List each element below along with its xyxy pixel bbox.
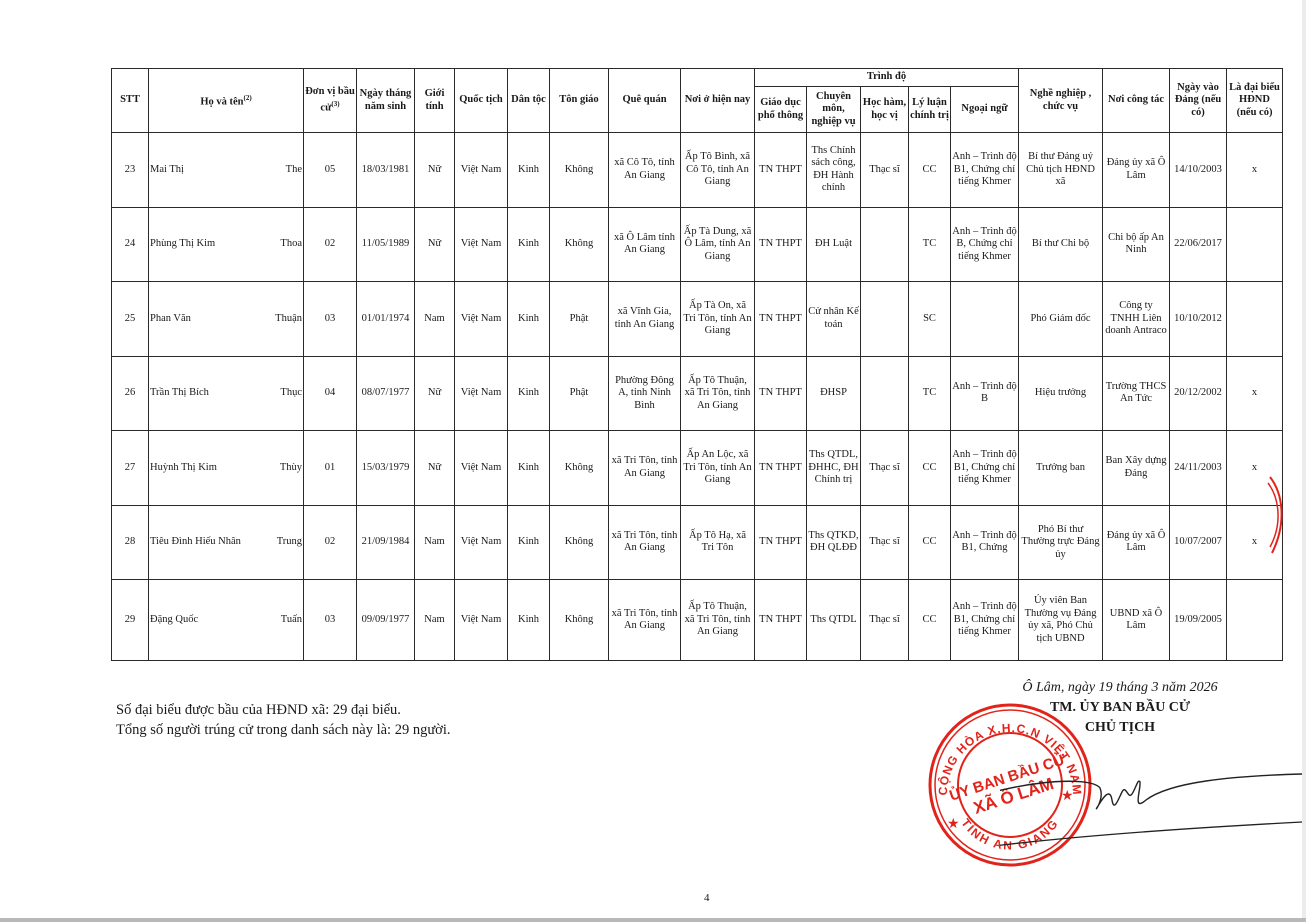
name-first: Trần Thị Bích (150, 387, 209, 400)
cell-political: CC (909, 505, 951, 580)
cell-stt: 26 (112, 356, 149, 431)
cell-stt: 29 (112, 580, 149, 661)
header-dob: Ngày tháng năm sinh (357, 69, 415, 133)
cell-is-delegate (1227, 580, 1283, 661)
cell-is-delegate (1227, 207, 1283, 282)
cell-name: Huỳnh Thị KimThùy (149, 431, 304, 506)
header-residence: Nơi ở hiện nay (681, 69, 755, 133)
cell-unit: 02 (304, 207, 357, 282)
cell-name: Phùng Thị KimThoa (149, 207, 304, 282)
cell-workplace: Công ty TNHH Liên doanh Antraco (1103, 282, 1170, 357)
cell-language (951, 282, 1019, 357)
cell-unit: 01 (304, 431, 357, 506)
cell-language: Anh – Trình độ B1, Chứng chỉ tiếng Khmer (951, 133, 1019, 208)
cell-degree: Thạc sĩ (861, 133, 909, 208)
cell-workplace: Đảng ủy xã Ô Lâm (1103, 133, 1170, 208)
table-row: 23 Mai ThịThe 05 18/03/1981 Nữ Việt Nam … (112, 133, 1283, 208)
cell-stt: 23 (112, 133, 149, 208)
cell-religion: Không (550, 207, 609, 282)
cell-general-edu: TN THPT (755, 431, 807, 506)
cell-name: Đặng QuốcTuấn (149, 580, 304, 661)
cell-general-edu: TN THPT (755, 207, 807, 282)
cell-religion: Không (550, 505, 609, 580)
name-last: The (286, 164, 302, 177)
cell-religion: Phật (550, 282, 609, 357)
cell-occupation: Bí thư Chi bộ (1019, 207, 1103, 282)
cell-hometown: xã Cô Tô, tỉnh An Giang (609, 133, 681, 208)
cell-workplace: UBND xã Ô Lâm (1103, 580, 1170, 661)
cell-residence: Ấp An Lộc, xã Tri Tôn, tỉnh An Giang (681, 431, 755, 506)
cell-nationality: Việt Nam (455, 505, 508, 580)
header-language: Ngoại ngữ (951, 87, 1019, 133)
cell-specialty: Ths QTDL (807, 580, 861, 661)
table-row: 28 Tiêu Đình Hiếu NhânTrung 02 21/09/198… (112, 505, 1283, 580)
cell-unit: 03 (304, 282, 357, 357)
cell-degree (861, 282, 909, 357)
cell-party-date: 10/10/2012 (1170, 282, 1227, 357)
cell-party-date: 10/07/2007 (1170, 505, 1227, 580)
page-edge-shadow (1302, 0, 1306, 922)
handwritten-signature-icon (1000, 760, 1302, 860)
cell-workplace: Ban Xây dựng Đảng (1103, 431, 1170, 506)
cell-nationality: Việt Nam (455, 431, 508, 506)
cell-residence: Ấp Tô Thuận, xã Tri Tôn, tỉnh An Giang (681, 356, 755, 431)
cell-degree (861, 207, 909, 282)
header-stt: STT (112, 69, 149, 133)
cell-dob: 01/01/1974 (357, 282, 415, 357)
cell-residence: Ấp Tô Thuận, xã Tri Tôn, tỉnh An Giang (681, 580, 755, 661)
cell-occupation: Ủy viên Ban Thường vụ Đảng ủy xã, Phó Ch… (1019, 580, 1103, 661)
cell-hometown: xã Tri Tôn, tỉnh An Giang (609, 431, 681, 506)
table-row: 25 Phan VănThuận 03 01/01/1974 Nam Việt … (112, 282, 1283, 357)
name-last: Tuấn (281, 614, 302, 627)
cell-specialty: Cử nhân Kế toán (807, 282, 861, 357)
header-is-delegate: Là đại biểu HĐND (nếu có) (1227, 69, 1283, 133)
cell-ethnicity: Kinh (508, 282, 550, 357)
header-ethnicity: Dân tộc (508, 69, 550, 133)
cell-gender: Nữ (415, 431, 455, 506)
cell-religion: Không (550, 133, 609, 208)
cell-language: Anh – Trình độ B, Chứng chỉ tiếng Khmer (951, 207, 1019, 282)
cell-general-edu: TN THPT (755, 356, 807, 431)
cell-political: TC (909, 207, 951, 282)
cell-is-delegate: x (1227, 356, 1283, 431)
cell-dob: 21/09/1984 (357, 505, 415, 580)
header-political: Lý luận chính trị (909, 87, 951, 133)
name-first: Đặng Quốc (150, 614, 198, 627)
cell-specialty: Ths QTKD, ĐH QLĐĐ (807, 505, 861, 580)
cell-nationality: Việt Nam (455, 207, 508, 282)
cell-gender: Nam (415, 282, 455, 357)
cell-stt: 28 (112, 505, 149, 580)
cell-political: CC (909, 580, 951, 661)
header-party-date: Ngày vào Đảng (nếu có) (1170, 69, 1227, 133)
cell-unit: 05 (304, 133, 357, 208)
cell-nationality: Việt Nam (455, 580, 508, 661)
cell-name: Mai ThịThe (149, 133, 304, 208)
cell-degree: Thạc sĩ (861, 431, 909, 506)
header-religion: Tôn giáo (550, 69, 609, 133)
cell-hometown: xã Tri Tôn, tỉnh An Giang (609, 580, 681, 661)
header-gender: Giới tính (415, 69, 455, 133)
cell-language: Anh – Trình độ B1, Chứng (951, 505, 1019, 580)
cell-political: SC (909, 282, 951, 357)
cell-name: Tiêu Đình Hiếu NhânTrung (149, 505, 304, 580)
cell-specialty: Ths QTDL, ĐHHC, ĐH Chính trị (807, 431, 861, 506)
header-workplace: Nơi công tác (1103, 69, 1170, 133)
cell-language: Anh – Trình độ B1, Chứng chỉ tiếng Khmer (951, 431, 1019, 506)
cell-gender: Nam (415, 580, 455, 661)
cell-occupation: Hiệu trưởng (1019, 356, 1103, 431)
summary-block: Số đại biểu được bầu của HĐND xã: 29 đại… (116, 700, 451, 740)
cell-unit: 04 (304, 356, 357, 431)
cell-residence: Ấp Tô Hạ, xã Tri Tôn (681, 505, 755, 580)
header-education-group: Trình độ (755, 69, 1019, 87)
cell-language: Anh – Trình độ B1, Chứng chỉ tiếng Khmer (951, 580, 1019, 661)
cell-religion: Phật (550, 356, 609, 431)
cell-occupation: Bí thư Đảng uỷ Chủ tịch HĐND xã (1019, 133, 1103, 208)
cell-workplace: Trường THCS An Tức (1103, 356, 1170, 431)
cell-gender: Nữ (415, 207, 455, 282)
cell-ethnicity: Kinh (508, 505, 550, 580)
header-occupation: Nghề nghiệp , chức vụ (1019, 69, 1103, 133)
cell-general-edu: TN THPT (755, 133, 807, 208)
cell-dob: 15/03/1979 (357, 431, 415, 506)
cell-party-date: 19/09/2005 (1170, 580, 1227, 661)
cell-workplace: Đảng ủy xã Ô Lâm (1103, 505, 1170, 580)
cell-dob: 09/09/1977 (357, 580, 415, 661)
cell-occupation: Trưởng ban (1019, 431, 1103, 506)
cell-gender: Nữ (415, 133, 455, 208)
cell-specialty: ĐHSP (807, 356, 861, 431)
table-row: 29 Đặng QuốcTuấn 03 09/09/1977 Nam Việt … (112, 580, 1283, 661)
cell-hometown: xã Tri Tôn, tỉnh An Giang (609, 505, 681, 580)
cell-name: Phan VănThuận (149, 282, 304, 357)
header-hometown: Quê quán (609, 69, 681, 133)
red-pen-mark-icon (1266, 475, 1288, 555)
cell-general-edu: TN THPT (755, 505, 807, 580)
cell-dob: 18/03/1981 (357, 133, 415, 208)
name-last: Thuận (275, 313, 302, 326)
cell-ethnicity: Kinh (508, 356, 550, 431)
cell-general-edu: TN THPT (755, 282, 807, 357)
name-first: Mai Thị (150, 164, 184, 177)
name-last: Trung (277, 536, 302, 549)
cell-party-date: 14/10/2003 (1170, 133, 1227, 208)
name-last: Thục (280, 387, 302, 400)
cell-degree: Thạc sĩ (861, 580, 909, 661)
cell-nationality: Việt Nam (455, 356, 508, 431)
page-bottom-edge (0, 918, 1306, 922)
cell-party-date: 20/12/2002 (1170, 356, 1227, 431)
table-row: 27 Huỳnh Thị KimThùy 01 15/03/1979 Nữ Vi… (112, 431, 1283, 506)
cell-ethnicity: Kinh (508, 133, 550, 208)
cell-occupation: Phó Giám đốc (1019, 282, 1103, 357)
summary-delegate-count: Số đại biểu được bầu của HĐND xã: 29 đại… (116, 700, 451, 720)
cell-residence: Ấp Tà On, xã Tri Tôn, tỉnh An Giang (681, 282, 755, 357)
cell-nationality: Việt Nam (455, 133, 508, 208)
header-nationality: Quốc tịch (455, 69, 508, 133)
cell-nationality: Việt Nam (455, 282, 508, 357)
cell-occupation: Phó Bí thư Thường trực Đảng ủy (1019, 505, 1103, 580)
cell-ethnicity: Kinh (508, 207, 550, 282)
cell-specialty: ĐH Luật (807, 207, 861, 282)
cell-political: CC (909, 133, 951, 208)
name-first: Phan Văn (150, 313, 191, 326)
cell-residence: Ấp Tà Dung, xã Ô Lâm, tỉnh An Giang (681, 207, 755, 282)
cell-general-edu: TN THPT (755, 580, 807, 661)
header-unit: Đơn vị bầu cử(3) (304, 69, 357, 133)
cell-language: Anh – Trình độ B (951, 356, 1019, 431)
cell-ethnicity: Kinh (508, 580, 550, 661)
table-row: 24 Phùng Thị KimThoa 02 11/05/1989 Nữ Vi… (112, 207, 1283, 282)
cell-unit: 03 (304, 580, 357, 661)
header-name: Họ và tên(2) (149, 69, 304, 133)
cell-gender: Nữ (415, 356, 455, 431)
name-last: Thoa (280, 238, 302, 251)
elected-delegates-table: STT Họ và tên(2) Đơn vị bầu cử(3) Ngày t… (111, 68, 1283, 661)
cell-dob: 11/05/1989 (357, 207, 415, 282)
cell-is-delegate (1227, 282, 1283, 357)
cell-unit: 02 (304, 505, 357, 580)
cell-stt: 24 (112, 207, 149, 282)
cell-dob: 08/07/1977 (357, 356, 415, 431)
cell-residence: Ấp Tô Bình, xã Cô Tô, tỉnh An Giang (681, 133, 755, 208)
header-degree: Học hàm, học vị (861, 87, 909, 133)
cell-workplace: Chi bộ ấp An Ninh (1103, 207, 1170, 282)
cell-hometown: Phường Đông A, tỉnh Ninh Bình (609, 356, 681, 431)
header-specialty: Chuyên môn, nghiệp vụ (807, 87, 861, 133)
cell-specialty: Ths Chính sách công, ĐH Hành chính (807, 133, 861, 208)
cell-religion: Không (550, 431, 609, 506)
sign-date: Ô Lâm, ngày 19 tháng 3 năm 2026 (1000, 678, 1240, 698)
cell-name: Trần Thị BíchThục (149, 356, 304, 431)
name-first: Phùng Thị Kim (150, 238, 215, 251)
summary-elected-count: Tổng số người trúng cử trong danh sách n… (116, 720, 451, 740)
cell-degree (861, 356, 909, 431)
svg-text:★: ★ (947, 817, 960, 832)
cell-party-date: 22/06/2017 (1170, 207, 1227, 282)
cell-political: TC (909, 356, 951, 431)
name-first: Huỳnh Thị Kim (150, 462, 217, 475)
name-last: Thùy (280, 462, 302, 475)
cell-religion: Không (550, 580, 609, 661)
cell-stt: 25 (112, 282, 149, 357)
table-row: 26 Trần Thị BíchThục 04 08/07/1977 Nữ Vi… (112, 356, 1283, 431)
cell-is-delegate: x (1227, 133, 1283, 208)
cell-gender: Nam (415, 505, 455, 580)
cell-ethnicity: Kinh (508, 431, 550, 506)
cell-stt: 27 (112, 431, 149, 506)
cell-political: CC (909, 431, 951, 506)
cell-party-date: 24/11/2003 (1170, 431, 1227, 506)
page-number: 4 (704, 892, 710, 904)
cell-hometown: xã Ô Lâm tỉnh An Giang (609, 207, 681, 282)
cell-degree: Thạc sĩ (861, 505, 909, 580)
cell-hometown: xã Vĩnh Gia, tỉnh An Giang (609, 282, 681, 357)
header-general-edu: Giáo dục phổ thông (755, 87, 807, 133)
name-first: Tiêu Đình Hiếu Nhân (150, 536, 241, 549)
